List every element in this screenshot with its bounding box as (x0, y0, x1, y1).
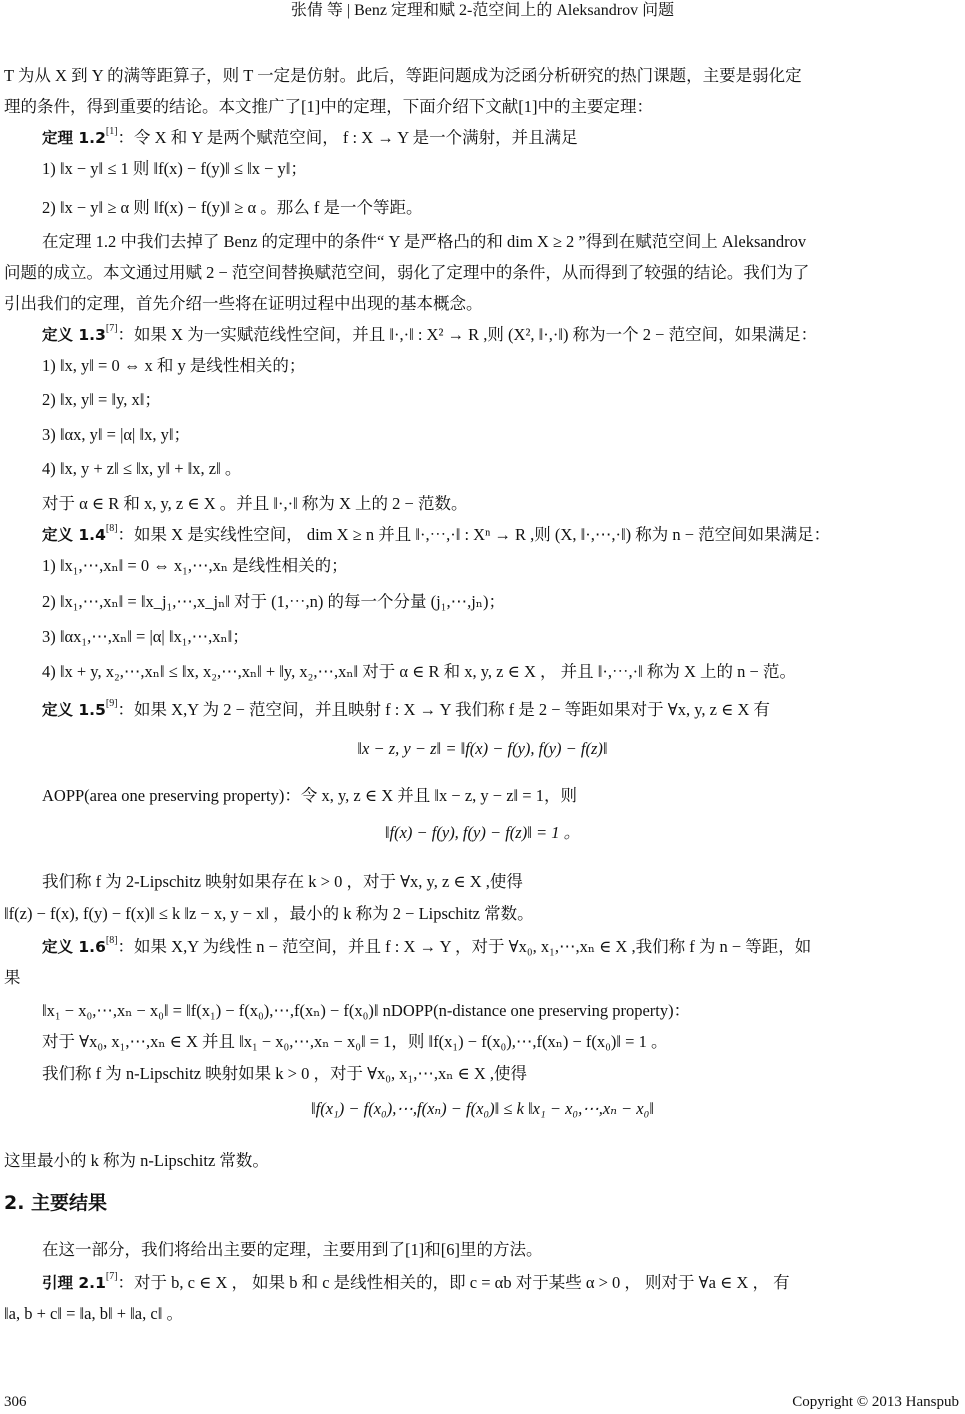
definition-1-3: 定义 1.3[7]：如果 X 为一实赋范线性空间，并且 ‖·,·‖ : X² →… (42, 327, 817, 344)
definition-label: 定义 1.5 (42, 701, 106, 719)
running-header: 张倩 等 | Benz 定理和赋 2-范空间上的 Aleksandrov 问题 (0, 3, 965, 19)
display-equation: ‖x − z, y − z‖ = ‖f(x) − f(y), f(y) − f(… (0, 741, 965, 758)
paragraph-line: AOPP(area one preserving property)：令 x, … (42, 788, 577, 805)
section-heading: 2. 主要结果 (4, 1194, 107, 1213)
display-equation: ‖f(x) − f(y), f(y) − f(z)‖ = 1 。 (0, 825, 965, 842)
paragraph-line: 理的条件，得到重要的结论。本文推广了[1]中的定理，下面介绍下文献[1]中的主要… (4, 99, 653, 116)
display-equation: ‖f(x₁) − f(x₀),⋯,f(xₙ) − f(x₀)‖ ≤ k ‖x₁ … (0, 1101, 965, 1118)
definition-label: 定义 1.3 (42, 326, 106, 344)
theorem-1-2: 定理 1.2[1]：令 X 和 Y 是两个赋范空间， f : X → Y 是一个… (42, 130, 578, 147)
definition-text: ：如果 X,Y 为 2 − 范空间，并且映射 f : X → Y 我们称 f 是… (118, 700, 770, 719)
citation: [7] (106, 323, 118, 334)
citation: [1] (106, 126, 118, 137)
paragraph-line: ‖a, b + c‖ = ‖a, b‖ + ‖a, c‖ 。 (4, 1306, 183, 1323)
theorem-label: 定理 1.2 (42, 129, 106, 147)
condition-line: 1) ‖x − y‖ ≤ 1 则 ‖f(x) − f(y)‖ ≤ ‖x − y‖… (42, 161, 307, 178)
paragraph-line: 在定理 1.2 中我们去掉了 Benz 的定理中的条件“ Y 是严格凸的和 di… (42, 234, 806, 251)
paragraph-line: T 为从 X 到 Y 的满等距算子，则 T 一定是仿射。此后，等距问题成为泛函分… (4, 68, 802, 85)
paragraph-line: 问题的成立。本文通过用赋 2 − 范空间替换赋范空间，弱化了定理中的条件，从而得… (4, 265, 809, 282)
lemma-label: 引理 2.1 (42, 1274, 106, 1292)
condition-line: 3) ‖αx₁,⋯,xₙ‖ = |α| ‖x₁,⋯,xₙ‖； (42, 629, 249, 646)
condition-line: 2) ‖x − y‖ ≥ α 则 ‖f(x) − f(y)‖ ≥ α 。那么 f… (42, 200, 423, 217)
paragraph-line: 对于 α ∈ R 和 x, y, z ∈ X 。并且 ‖·,·‖ 称为 X 上的… (42, 496, 467, 513)
condition-line: 2) ‖x, y‖ = ‖y, x‖； (42, 392, 161, 409)
theorem-text: ：令 X 和 Y 是两个赋范空间， f : X → Y 是一个满射，并且满足 (118, 128, 578, 147)
definition-1-4: 定义 1.4[8]：如果 X 是实线性空间， dim X ≥ n 并且 ‖·,⋯… (42, 527, 830, 544)
copyright: Copyright © 2013 Hanspub (792, 1395, 959, 1410)
citation: [8] (106, 935, 118, 946)
definition-label: 定义 1.4 (42, 526, 106, 544)
definition-text: ：如果 X 为一实赋范线性空间，并且 ‖·,·‖ : X² → R ,则 (X²… (118, 325, 818, 344)
citation: [8] (106, 523, 118, 534)
definition-text: ：如果 X 是实线性空间， dim X ≥ n 并且 ‖·,⋯,·‖ : Xⁿ … (118, 525, 831, 544)
page-number: 306 (4, 1395, 27, 1410)
display-equation: ‖x₁ − x₀,⋯,xₙ − x₀‖ = ‖f(x₁) − f(x₀),⋯,f… (42, 1003, 690, 1020)
lemma-2-1: 引理 2.1[7]：对于 b, c ∈ X ， 如果 b 和 c 是线性相关的，… (42, 1275, 790, 1292)
condition-line: 1) ‖x₁,⋯,xₙ‖ = 0 ⇔ x₁,⋯,xₙ 是线性相关的； (42, 558, 348, 575)
condition-line: 4) ‖x, y + z‖ ≤ ‖x, y‖ + ‖x, z‖ 。 (42, 461, 241, 478)
paragraph-line: 果 (4, 970, 21, 987)
citation: [7] (106, 1271, 118, 1282)
definition-text: ：如果 X,Y 为线性 n − 范空间，并且 f : X → Y ，对于 ∀x₀… (118, 937, 812, 956)
condition-line: 1) ‖x, y‖ = 0 ⇔ x 和 y 是线性相关的； (42, 358, 305, 375)
definition-1-5: 定义 1.5[9]：如果 X,Y 为 2 − 范空间，并且映射 f : X → … (42, 702, 770, 719)
condition-line: 2) ‖x₁,⋯,xₙ‖ = ‖x_j₁,⋯,x_jₙ‖ 对于 (1,⋯,n) … (42, 594, 505, 611)
citation: [9] (106, 698, 118, 709)
condition-line: 3) ‖αx, y‖ = |α| ‖x, y‖； (42, 427, 190, 444)
definition-1-6: 定义 1.6[8]：如果 X,Y 为线性 n − 范空间，并且 f : X → … (42, 939, 811, 956)
definition-label: 定义 1.6 (42, 938, 106, 956)
paragraph-line: 这里最小的 k 称为 n-Lipschitz 常数。 (4, 1153, 269, 1170)
paragraph-line: 我们称 f 为 2-Lipschitz 映射如果存在 k > 0 ，对于 ∀x,… (42, 874, 523, 891)
paragraph-line: ‖f(z) − f(x), f(y) − f(x)‖ ≤ k ‖z − x, y… (4, 906, 534, 923)
condition-line: 4) ‖x + y, x₂,⋯,xₙ‖ ≤ ‖x, x₂,⋯,xₙ‖ + ‖y,… (42, 664, 796, 681)
lemma-text: ：对于 b, c ∈ X ， 如果 b 和 c 是线性相关的，即 c = αb … (118, 1273, 790, 1292)
paragraph-line: 对于 ∀x₀, x₁,⋯,xₙ ∈ X 并且 ‖x₁ − x₀,⋯,xₙ − x… (42, 1034, 667, 1051)
paragraph-line: 引出我们的定理，首先介绍一些将在证明过程中出现的基本概念。 (4, 296, 483, 313)
paragraph-line: 在这一部分，我们将给出主要的定理，主要用到了[1]和[6]里的方法。 (42, 1242, 542, 1259)
paragraph-line: 我们称 f 为 n-Lipschitz 映射如果 k > 0 ，对于 ∀x₀, … (42, 1066, 527, 1083)
